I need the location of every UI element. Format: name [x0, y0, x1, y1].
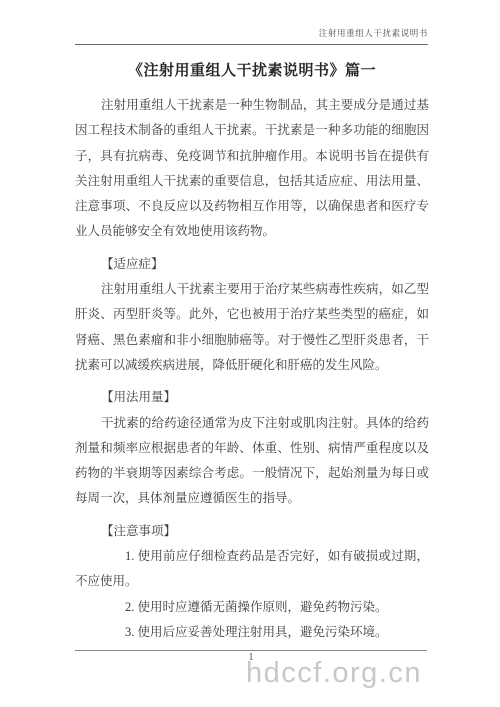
document-page: 注射用重组人干扰素说明书 《注射用重组人干扰素说明书》篇一 注射用重组人干扰素是… [0, 0, 500, 707]
header-rule [75, 44, 428, 45]
body-paragraph: 干扰素的给药途径通常为皮下注射或肌肉注射。具体的给药剂量和频率应根据患者的年龄、… [75, 411, 429, 512]
numbered-note: 2. 使用时应遵循无菌操作原则，避免药物污染。 [75, 595, 429, 620]
document-title: 《注射用重组人干扰素说明书》篇一 [74, 59, 430, 80]
section-heading: 【注意事项】 [75, 519, 429, 544]
numbered-note: 1. 使用前应仔细检查药品是否完好，如有破损或过期，不应使用。 [75, 544, 429, 595]
footer-rule [75, 650, 427, 651]
body-paragraph: 注射用重组人干扰素是一种生物制品，其主要成分是通过基因工程技术制备的重组人干扰素… [75, 93, 429, 245]
body-paragraph: 注射用重组人干扰素主要用于治疗某些病毒性疾病，如乙型肝炎、丙型肝炎等。此外，它也… [75, 277, 429, 378]
watermark: hdccf.org.cn [246, 657, 422, 690]
section-heading: 【用法用量】 [75, 385, 429, 410]
numbered-note: 3. 使用后应妥善处理注射用具，避免污染环境。 [75, 620, 429, 645]
running-header: 注射用重组人干扰素说明书 [319, 27, 428, 39]
section-heading: 【适应症】 [75, 252, 429, 277]
document-body: 注射用重组人干扰素是一种生物制品，其主要成分是通过基因工程技术制备的重组人干扰素… [75, 93, 429, 645]
